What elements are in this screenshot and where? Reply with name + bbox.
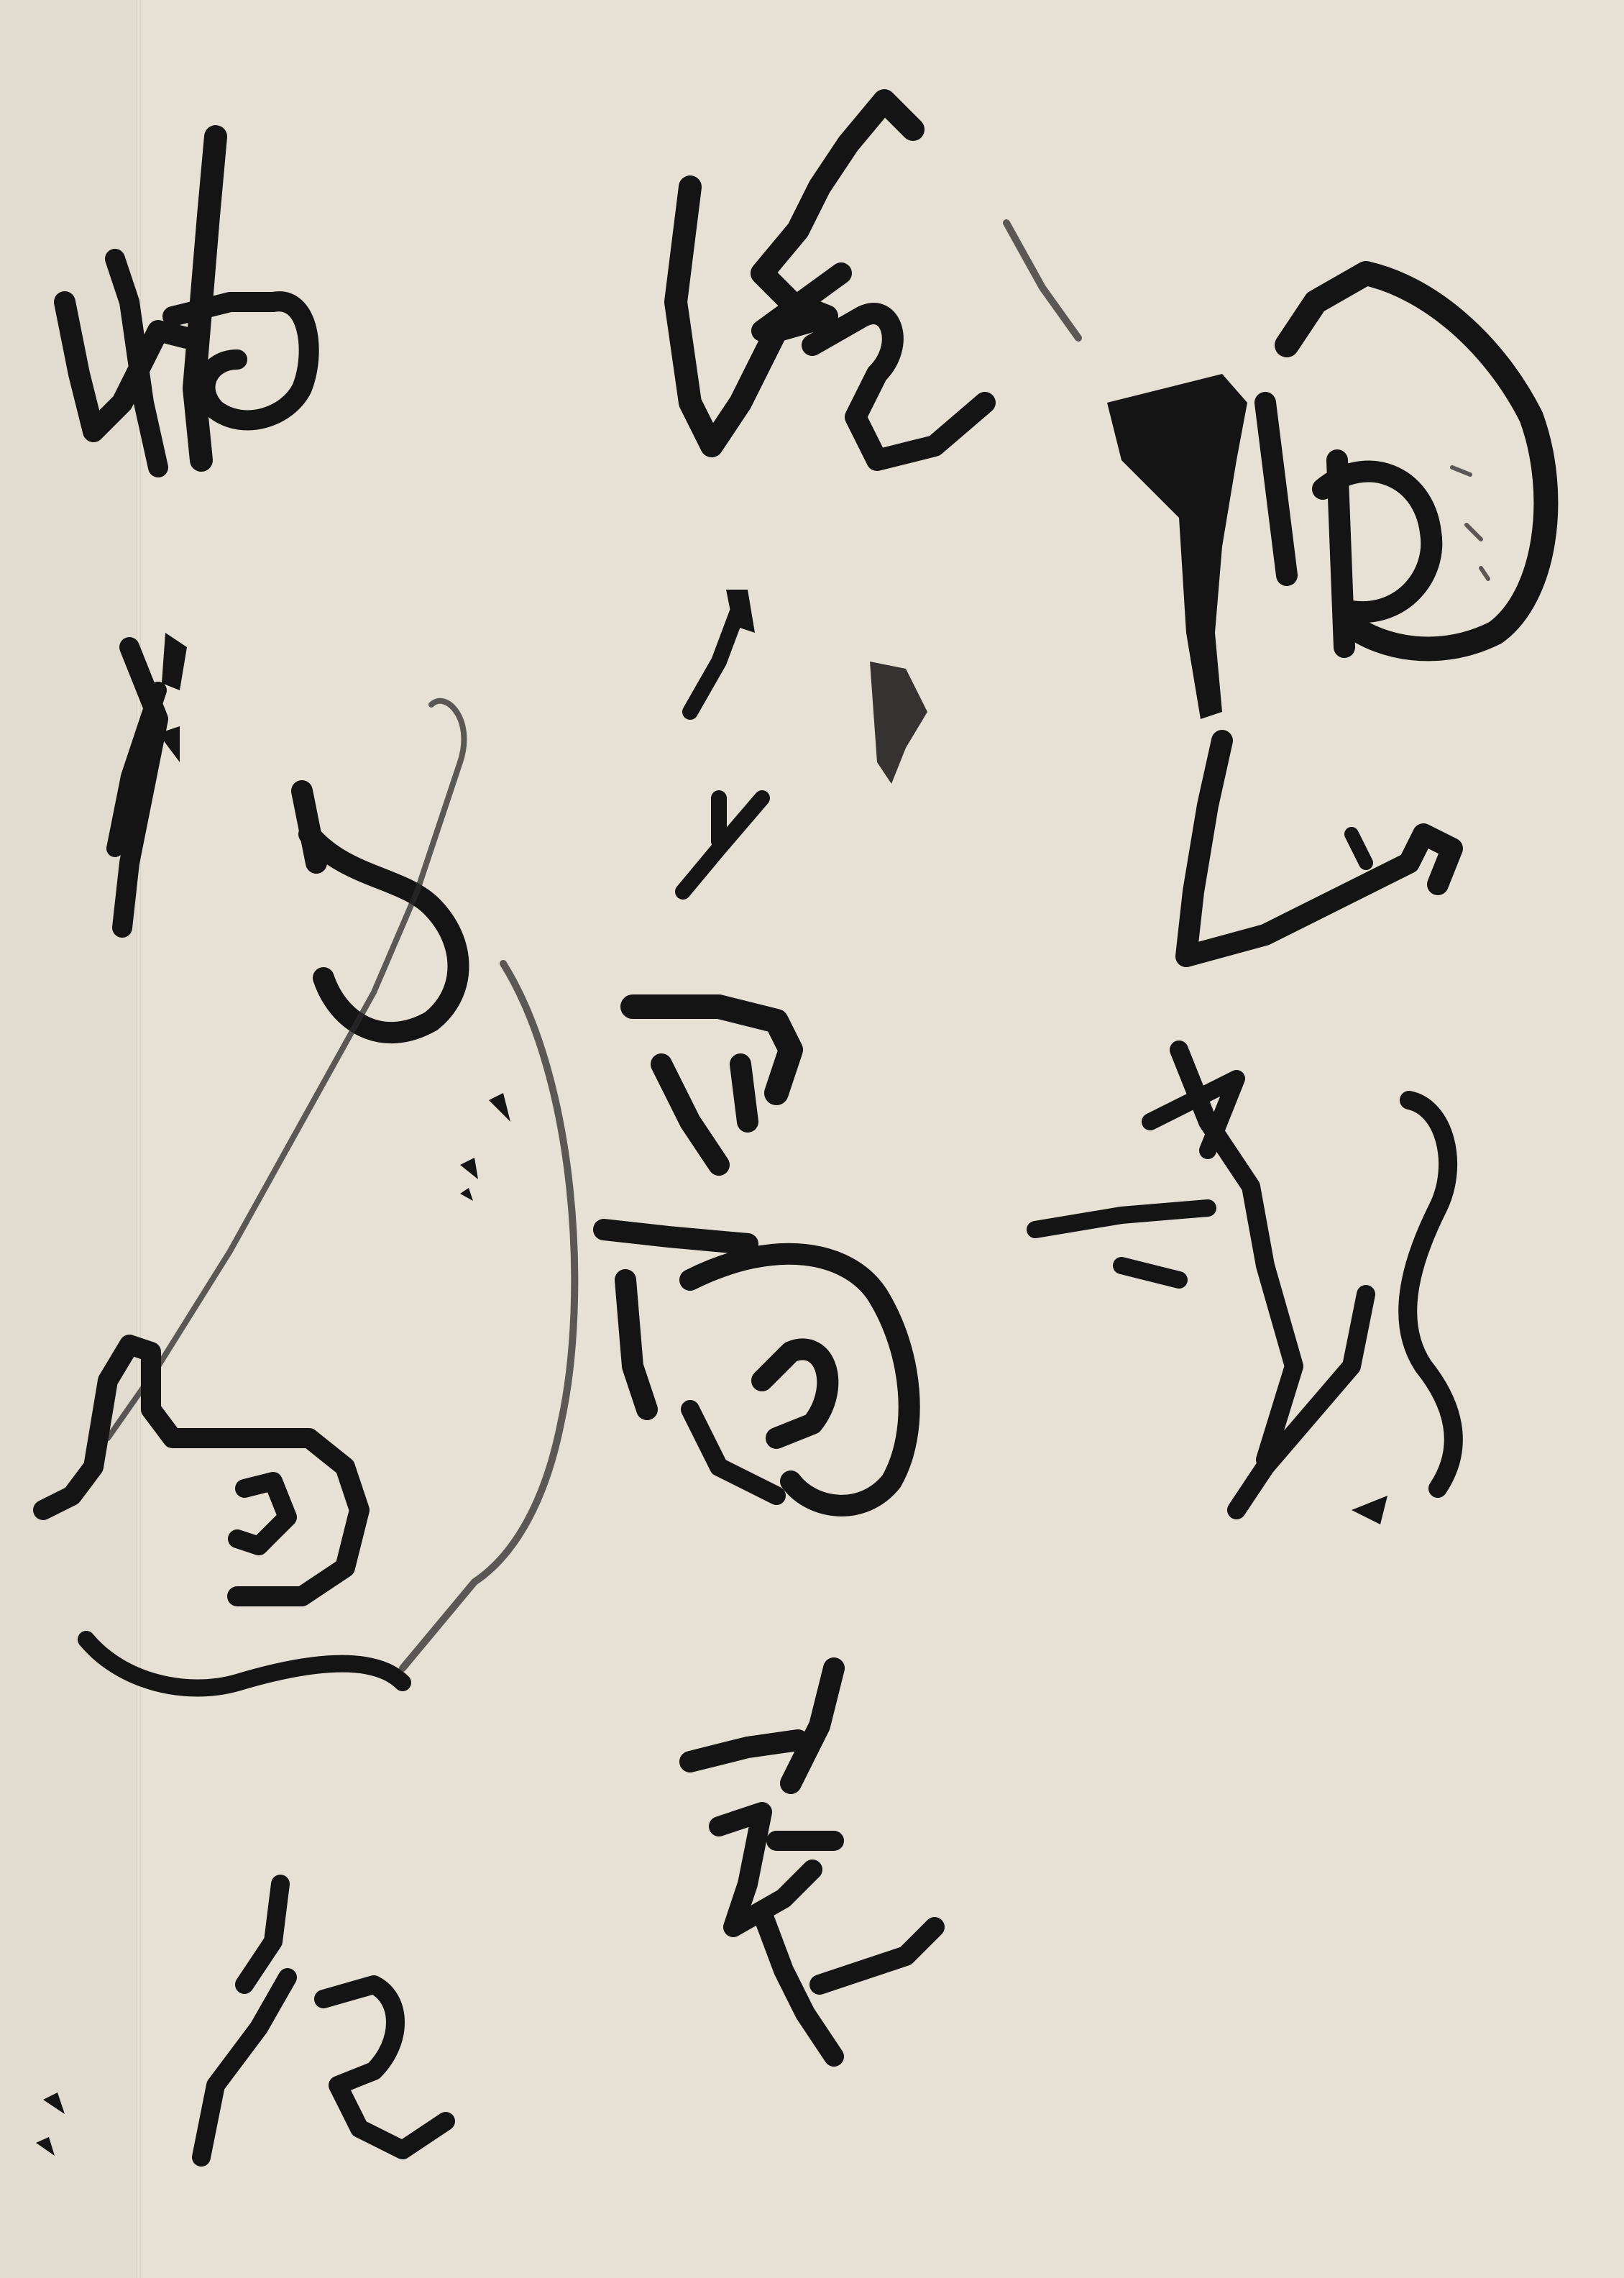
- character-middle-2: [683, 590, 927, 892]
- character-middle-3: [604, 1007, 909, 1506]
- ink-strokes: [0, 0, 1624, 2278]
- character-right-3: [1035, 1050, 1454, 1524]
- character-right-1: [1107, 273, 1546, 719]
- character-middle-1: [676, 101, 1078, 460]
- character-left-3: [43, 964, 574, 1688]
- character-left-1: [65, 137, 309, 467]
- character-left-2: [108, 633, 464, 1438]
- calligraphy-sheet: 陶 山 都 朽 阮 之 冠 事 耳 峡 得 马 成: [0, 0, 1624, 2278]
- character-right-2: [1186, 741, 1452, 956]
- character-middle-4: [690, 1668, 935, 2057]
- character-left-4: [36, 1884, 446, 2157]
